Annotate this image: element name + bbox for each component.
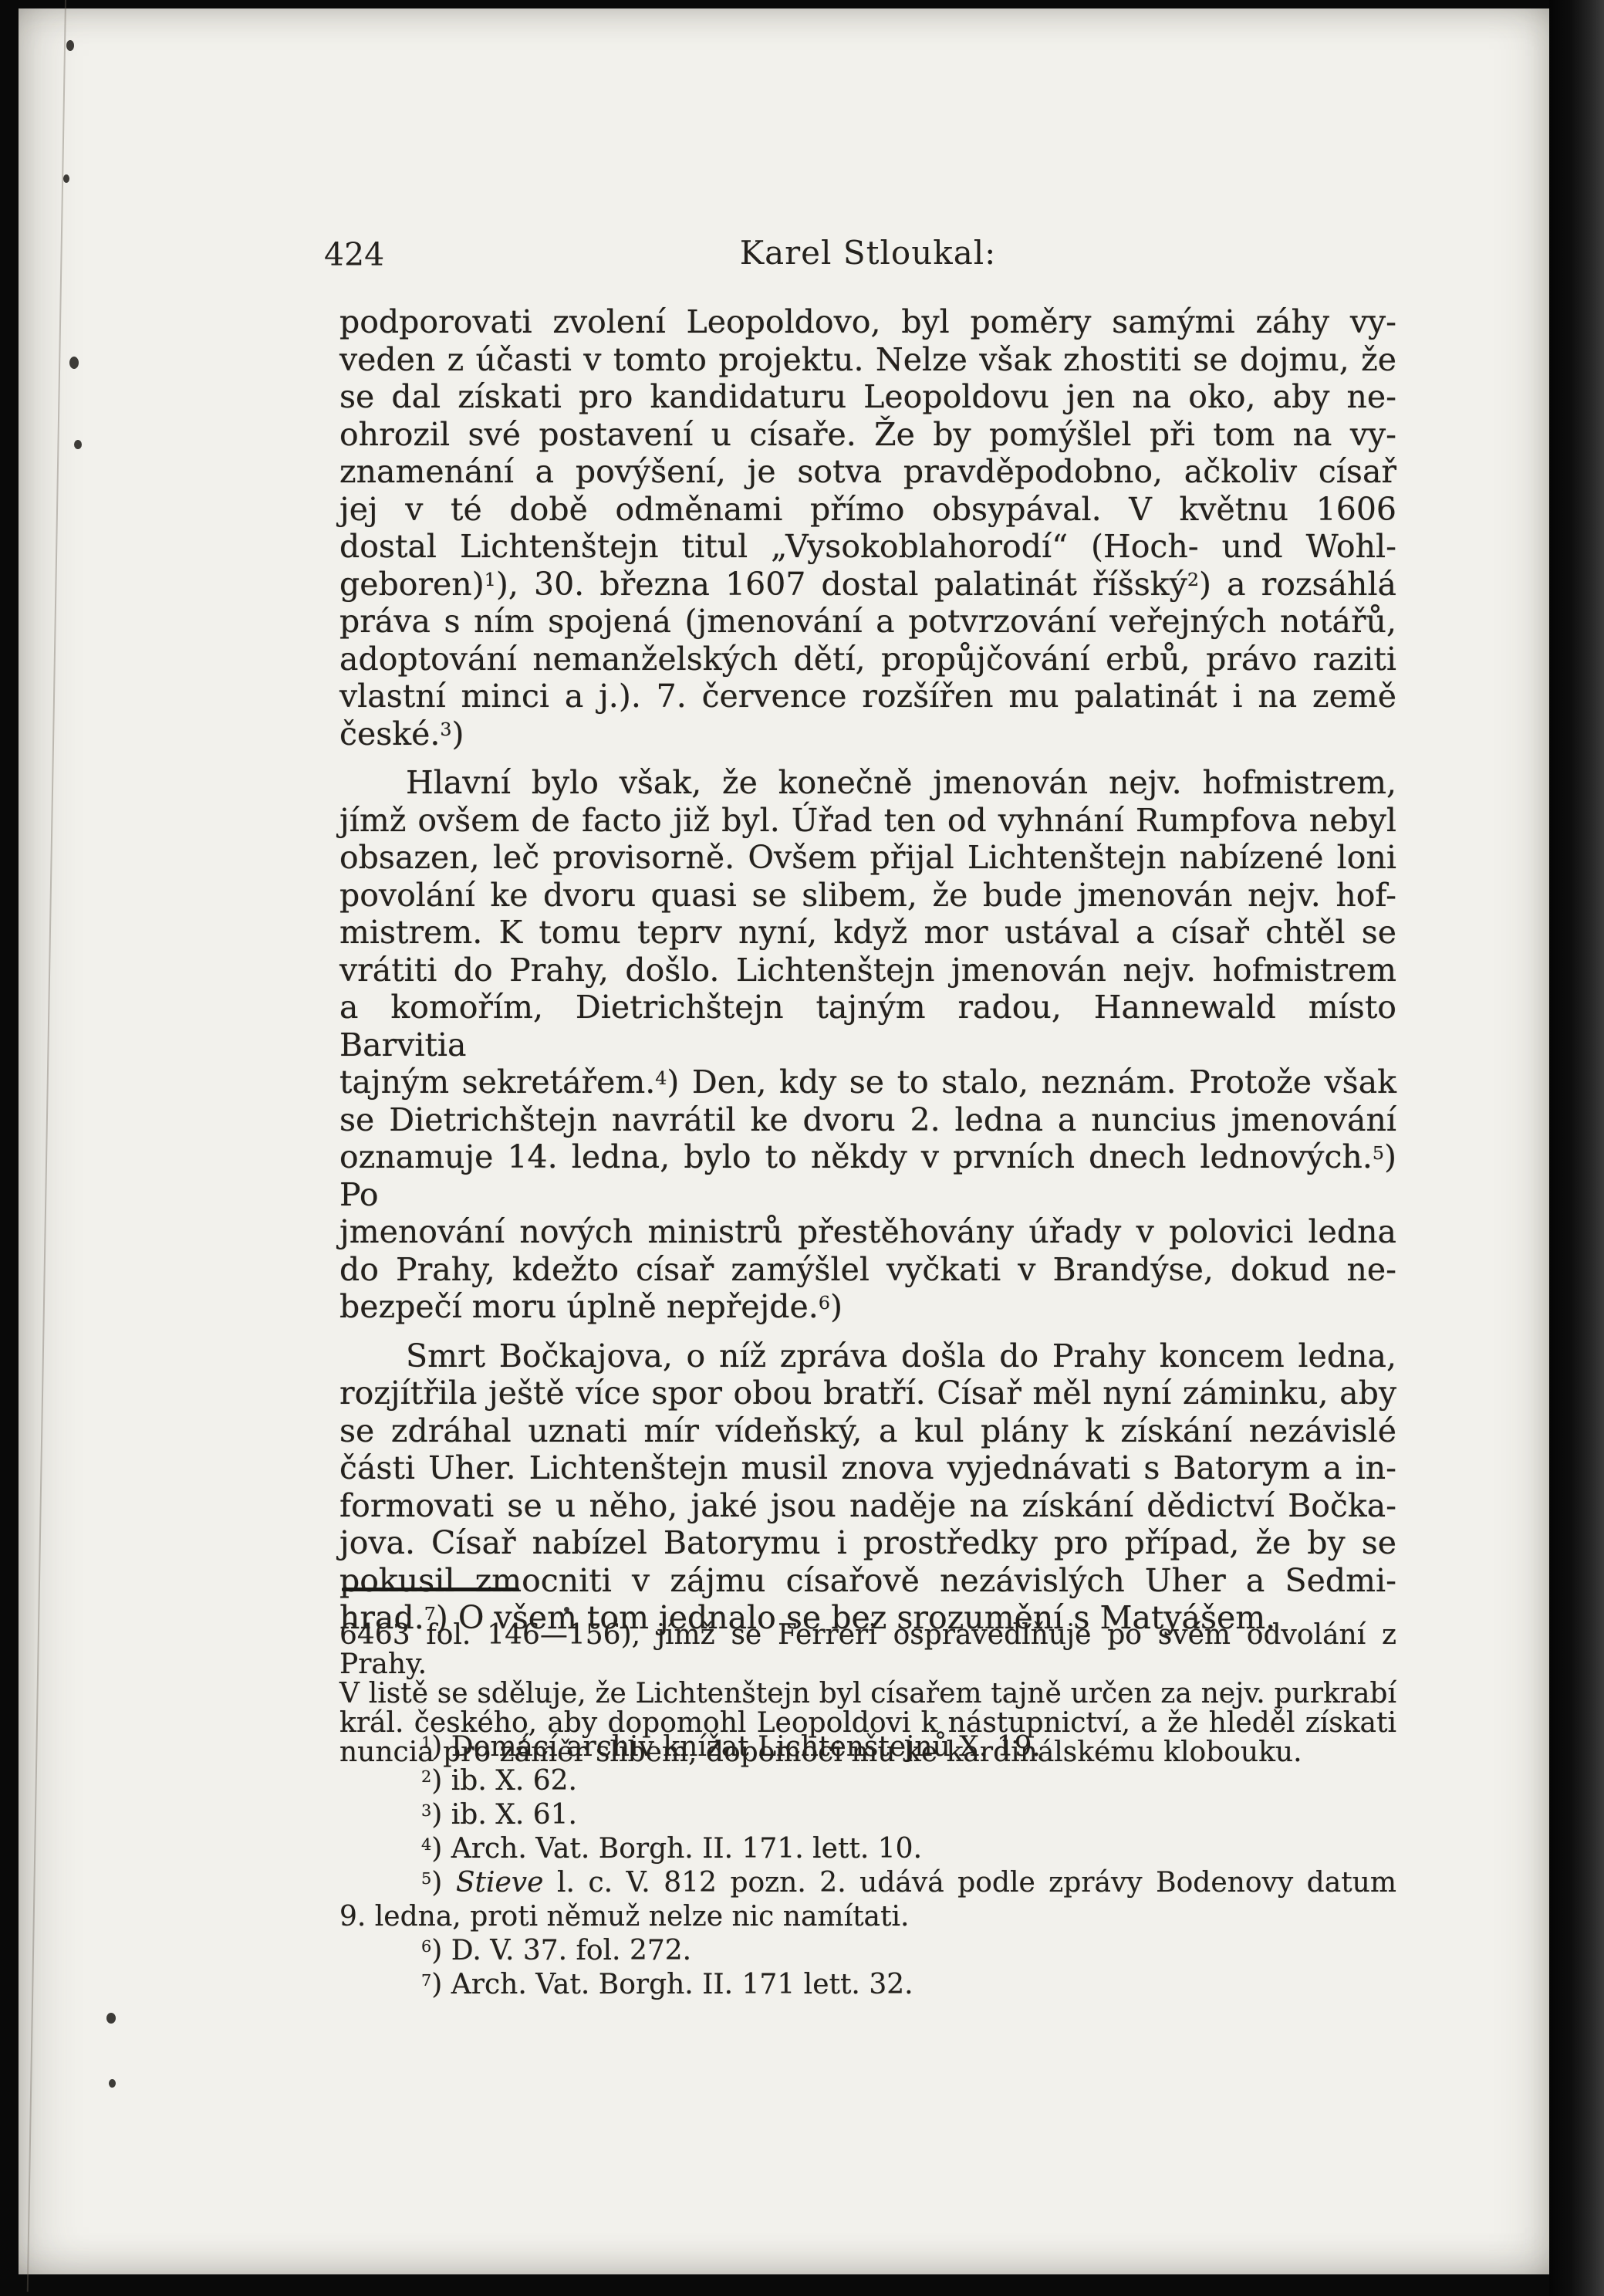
text-line: vlastní minci a j.). 7. července rozšíře…	[339, 678, 1396, 715]
footnote-line: 6463 fol. 146—156), jímž se Ferreri ospr…	[339, 1621, 1396, 1679]
text-line: a komořím, Dietrichštejn tajným radou, H…	[339, 989, 1396, 1063]
footnote-line: 5) Stieve l. c. V. 812 pozn. 2. udává po…	[339, 1866, 1396, 1900]
text-line: mistrem. K tomu teprv nyní, když mor ust…	[339, 914, 1396, 952]
text-line: oznamuje 14. ledna, bylo to někdy v prvn…	[339, 1138, 1396, 1213]
text-line: Hlavní bylo však, že konečně jmenován ne…	[339, 764, 1396, 802]
text-line: se dal získati pro kandidaturu Leopoldov…	[339, 378, 1396, 416]
text-line: povolání ke dvoru quasi se slibem, že bu…	[339, 877, 1396, 915]
running-header-author: Karel Stloukal:	[339, 235, 1396, 272]
text-line: znamenání a povýšení, je sotva pravděpod…	[339, 453, 1396, 491]
footnote-line: 6) D. V. 37. fol. 272.	[339, 1934, 1396, 1968]
text-line: jmenování nových ministrů přestěhovány ú…	[339, 1213, 1396, 1251]
footnote-line: 2) ib. X. 62.	[339, 1764, 1396, 1798]
text-line: jej v té době odměnami přímo obsypával. …	[339, 491, 1396, 529]
text-line: části Uher. Lichtenštejn musil znova vyj…	[339, 1449, 1396, 1487]
paragraph: Smrt Bočkajova, o níž zpráva došla do Pr…	[339, 1337, 1396, 1637]
scan-gutter-shadow	[1549, 0, 1604, 2296]
scan-speck	[63, 174, 69, 183]
text-line: tajným sekretářem.4) Den, kdy se to stal…	[339, 1063, 1396, 1101]
scanned-book-page: 424 Karel Stloukal: podporovati zvolení …	[0, 0, 1604, 2296]
footnote-line: 1) Domácí archiv knížat Lichtenštejnů X.…	[339, 1730, 1396, 1764]
text-line: dostal Lichtenštejn titul „Vysokoblahoro…	[339, 528, 1396, 566]
footnote-line: V listě se sděluje, že Lichtenštejn byl …	[339, 1679, 1396, 1709]
text-line: české.3)	[339, 715, 1396, 753]
scan-speck	[69, 357, 79, 369]
text-line: ohrozil své postavení u císaře. Že by po…	[339, 416, 1396, 454]
footnote-line: 9. ledna, proti němuž nelze nic namítati…	[339, 1900, 1396, 1934]
body-text: podporovati zvolení Leopoldovo, byl pomě…	[339, 303, 1396, 1637]
text-line: se zdráhal uznati mír vídeňský, a kul pl…	[339, 1412, 1396, 1450]
text-line: geboren)1), 30. března 1607 dostal palat…	[339, 566, 1396, 604]
text-line: obsazen, leč provisorně. Ovšem přijal Li…	[339, 839, 1396, 877]
footnote-separator-rule	[342, 1588, 519, 1591]
paragraph: podporovati zvolení Leopoldovo, byl pomě…	[339, 303, 1396, 752]
footnote-line: 3) ib. X. 61.	[339, 1798, 1396, 1832]
text-line: práva s ním spojená (jmenování a potvrzo…	[339, 603, 1396, 641]
text-line: se Dietrichštejn navrátil ke dvoru 2. le…	[339, 1101, 1396, 1139]
text-line: vrátiti do Prahy, došlo. Lichtenštejn jm…	[339, 952, 1396, 989]
scan-speck	[74, 440, 82, 449]
text-line: adoptování nemanželských dětí, propůjčov…	[339, 641, 1396, 678]
text-line: jova. Císař nabízel Batorymu i prostředk…	[339, 1524, 1396, 1562]
text-line: pokusil zmocniti v zájmu císařově nezávi…	[339, 1562, 1396, 1600]
text-line: rozjítřila ještě více spor obou bratří. …	[339, 1375, 1396, 1412]
text-line: bezpečí moru úplně nepřejde.6)	[339, 1288, 1396, 1326]
text-line: formovati se u něho, jaké jsou naděje na…	[339, 1487, 1396, 1525]
text-line: veden z účasti v tomto projektu. Nelze v…	[339, 341, 1396, 379]
text-line: podporovati zvolení Leopoldovo, byl pomě…	[339, 303, 1396, 341]
paragraph: Hlavní bylo však, že konečně jmenován ne…	[339, 764, 1396, 1326]
scan-speck	[109, 2079, 116, 2088]
scan-speck	[106, 2013, 116, 2024]
text-line: do Prahy, kdežto císař zamýšlel vyčkati …	[339, 1251, 1396, 1289]
text-line: Smrt Bočkajova, o níž zpráva došla do Pr…	[339, 1337, 1396, 1375]
scan-speck	[66, 40, 74, 51]
footnote-line: 7) Arch. Vat. Borgh. II. 171 lett. 32.	[339, 1968, 1396, 2002]
footnote-line: 4) Arch. Vat. Borgh. II. 171. lett. 10.	[339, 1832, 1396, 1866]
footnote-list: 1) Domácí archiv knížat Lichtenštejnů X.…	[339, 1730, 1396, 2002]
text-line: jímž ovšem de facto již byl. Úřad ten od…	[339, 802, 1396, 840]
